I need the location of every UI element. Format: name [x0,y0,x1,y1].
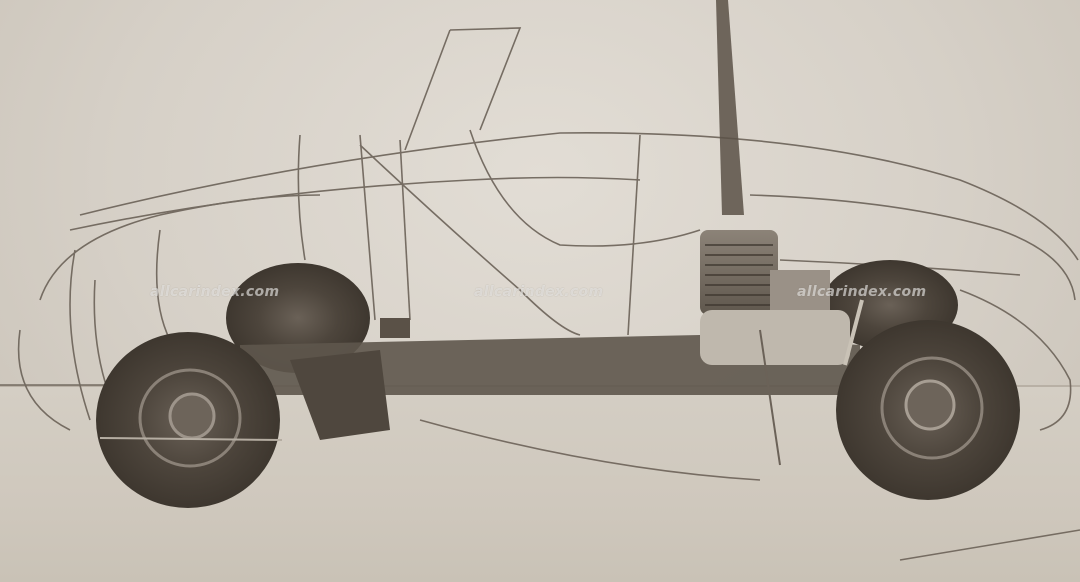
watermark: allcarindex.com [474,284,603,300]
watermark: allcarindex.com [150,284,279,300]
vintage-car-chassis-photo: allcarindex.com allcarindex.com allcarin… [0,0,1080,582]
steering-column [716,0,744,215]
watermark: allcarindex.com [797,284,926,300]
front-right-wheel [836,320,1020,500]
rear-right-wheel [96,332,280,508]
